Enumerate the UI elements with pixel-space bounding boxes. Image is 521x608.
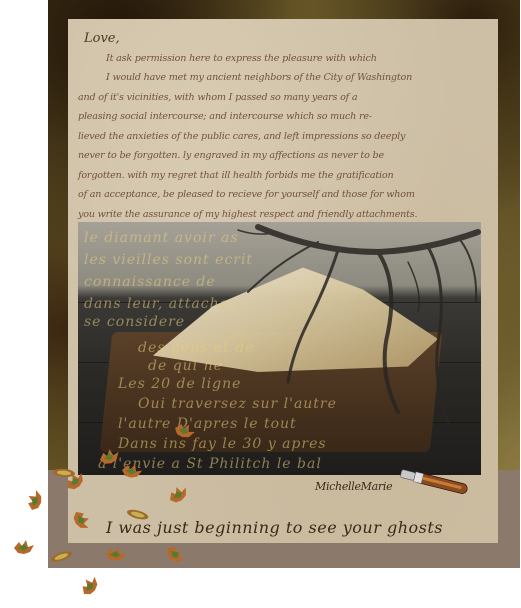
leaf-icon — [105, 546, 126, 562]
leaf-icon — [50, 549, 73, 564]
leaf-icon — [98, 447, 121, 466]
leaf-icon — [24, 488, 44, 512]
leaf-icon — [173, 420, 197, 440]
leaf-icon — [78, 574, 102, 598]
leaf-icon — [166, 483, 190, 505]
leaf-icon — [164, 542, 188, 566]
leaf-icon — [121, 462, 143, 479]
leaf-icon — [53, 468, 76, 478]
leaf-icon — [71, 508, 93, 532]
leaf-icon — [126, 508, 149, 521]
leaf-icon — [14, 540, 34, 554]
falling-leaves-icon — [0, 0, 521, 608]
